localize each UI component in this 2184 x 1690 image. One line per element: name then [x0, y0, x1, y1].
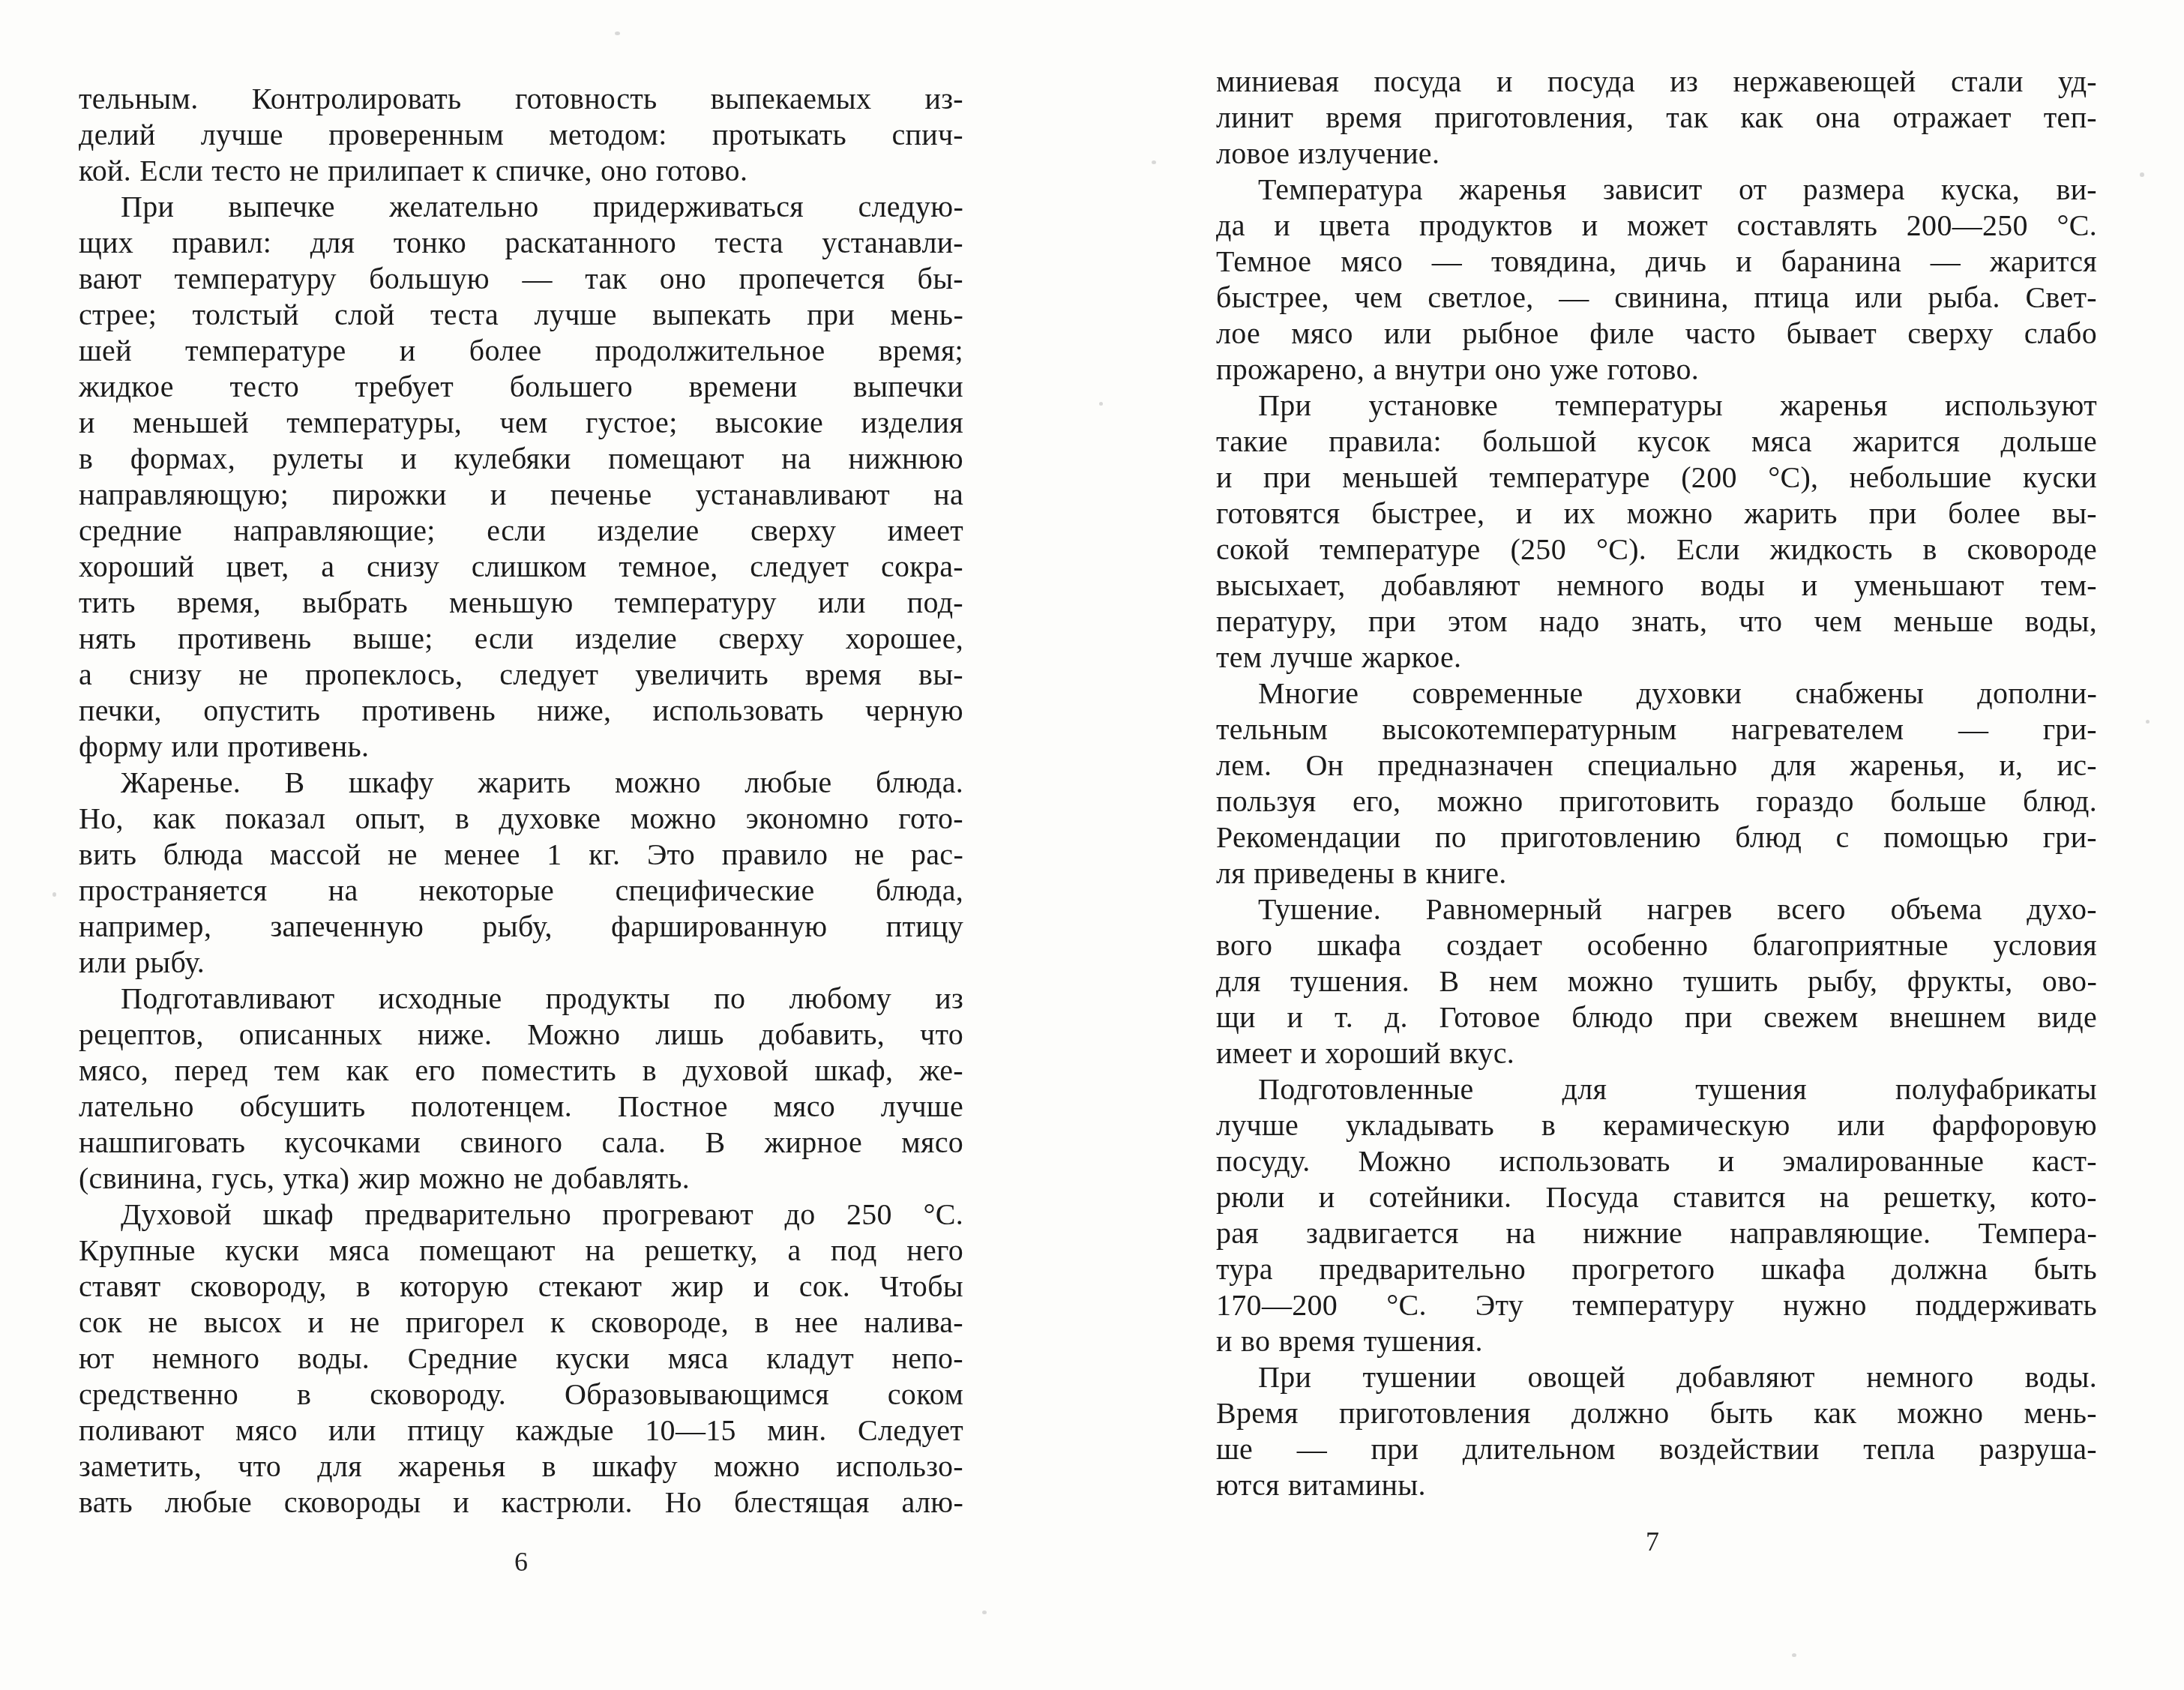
text-line: или рыбу.	[79, 945, 963, 981]
text-line: пространяется на некоторые специфические…	[79, 873, 963, 909]
text-line: вить блюда массой не менее 1 кг. Это пра…	[79, 837, 963, 873]
page-left: тельным. Контролировать готовность выпек…	[0, 0, 1092, 1690]
text-line: миниевая посуда и посуда из нержавеющей …	[1216, 64, 2097, 100]
text-line: жидкое тесто требует большего времени вы…	[79, 369, 963, 405]
text-line: а снизу не пропеклось, следует увеличить…	[79, 657, 963, 693]
text-line: щих правил: для тонко раскатанного теста…	[79, 225, 963, 261]
text-line: и при меньшей температуре (200 °С), небо…	[1216, 460, 2097, 496]
text-line: тура предварительно прогретого шкафа дол…	[1216, 1251, 2097, 1287]
text-line: лое мясо или рыбное филе часто бывает св…	[1216, 316, 2097, 352]
text-line: да и цвета продуктов и может составлять …	[1216, 208, 2097, 244]
page-left-number: 6	[446, 1546, 596, 1578]
text-line: Время приготовления должно быть как можн…	[1216, 1395, 2097, 1431]
text-line: Температура жаренья зависит от размера к…	[1216, 172, 2097, 208]
text-line: вого шкафа создает особенно благоприятны…	[1216, 927, 2097, 963]
text-line: пературу, при этом надо знать, что чем м…	[1216, 604, 2097, 640]
text-line: форму или противень.	[79, 729, 963, 765]
text-line: заметить, что для жаренья в шкафу можно …	[79, 1449, 963, 1485]
text-line: в формах, рулеты и кулебяки помещают на …	[79, 441, 963, 477]
text-line: тельным. Контролировать готовность выпек…	[79, 81, 963, 117]
text-line: ля приведены в книге.	[1216, 855, 2097, 891]
text-line: лательно обсушить полотенцем. Постное мя…	[79, 1089, 963, 1125]
text-line: щи и т. д. Готовое блюдо при свежем внеш…	[1216, 999, 2097, 1035]
text-line: тем лучше жаркое.	[1216, 640, 2097, 676]
text-line: поливают мясо или птицу каждые 10—15 мин…	[79, 1413, 963, 1449]
text-line: рюли и сотейники. Посуда ставится на реш…	[1216, 1179, 2097, 1215]
scan-speck	[1792, 1653, 1796, 1657]
text-line: тельным высокотемпературным нагревателем…	[1216, 712, 2097, 748]
text-line: Но, как показал опыт, в духовке можно эк…	[79, 801, 963, 837]
text-line: высыхает, добавляют немного воды и умень…	[1216, 568, 2097, 604]
text-line: стрее; толстый слой теста лучше выпекать…	[79, 297, 963, 333]
text-line: (свинина, гусь, утка) жир можно не добав…	[79, 1161, 963, 1197]
text-line: Многие современные духовки снабжены допо…	[1216, 676, 2097, 712]
scan-speck	[1099, 402, 1103, 406]
text-line: например, запеченную рыбу, фаршированную…	[79, 909, 963, 945]
text-line: ше — при длительном воздействии тепла ра…	[1216, 1431, 2097, 1467]
text-line: вать любые сковороды и кастрюли. Но блес…	[79, 1485, 963, 1521]
text-line: вают температуру большую — так оно пропе…	[79, 261, 963, 297]
text-line: ловое излучение.	[1216, 136, 2097, 172]
page-left-text-block: тельным. Контролировать готовность выпек…	[79, 81, 963, 1521]
text-line: такие правила: большой кусок мяса жаритс…	[1216, 424, 2097, 460]
scan-speck	[982, 1611, 987, 1614]
text-line: При выпечке желательно придерживаться сл…	[79, 189, 963, 225]
text-line: ют немного воды. Средние куски мяса клад…	[79, 1341, 963, 1377]
text-line: Рекомендации по приготовлению блюд с пом…	[1216, 820, 2097, 855]
text-line: и меньшей температуры, чем густое; высок…	[79, 405, 963, 441]
text-line: Темное мясо — товядина, дичь и баранина …	[1216, 244, 2097, 280]
text-line: мясо, перед тем как его поместить в духо…	[79, 1053, 963, 1089]
text-line: При установке температуры жаренья исполь…	[1216, 388, 2097, 424]
text-line: и во время тушения.	[1216, 1323, 2097, 1359]
text-line: 170—200 °С. Эту температуру нужно поддер…	[1216, 1287, 2097, 1323]
scanned-book-spread: { "document": { "type": "scanned book sp…	[0, 0, 2184, 1690]
scan-speck	[2140, 172, 2144, 177]
text-line: печки, опустить противень ниже, использо…	[79, 693, 963, 729]
text-line: Крупные куски мяса помещают на решетку, …	[79, 1233, 963, 1269]
text-line: Тушение. Равномерный нагрев всего объема…	[1216, 891, 2097, 927]
text-line: для тушения. В нем можно тушить рыбу, фр…	[1216, 963, 2097, 999]
text-line: ются витамины.	[1216, 1467, 2097, 1503]
text-line: сок не высох и не пригорел к сковороде, …	[79, 1305, 963, 1341]
text-line: имеет и хороший вкус.	[1216, 1035, 2097, 1071]
text-line: лем. Он предназначен специально для жаре…	[1216, 748, 2097, 784]
text-line: хороший цвет, а снизу слишком темное, сл…	[79, 549, 963, 585]
scan-speck	[1152, 160, 1156, 164]
text-line: нять противень выше; если изделие сверху…	[79, 621, 963, 657]
text-line: ставят сковороду, в которую стекают жир …	[79, 1269, 963, 1305]
text-line: сокой температуре (250 °С). Если жидкост…	[1216, 532, 2097, 568]
scan-speck	[52, 892, 56, 897]
text-line: тить время, выбрать меньшую температуру …	[79, 585, 963, 621]
text-line: При тушении овощей добавляют немного вод…	[1216, 1359, 2097, 1395]
scan-speck	[2146, 720, 2150, 724]
text-line: шей температуре и более продолжительное …	[79, 333, 963, 369]
text-line: средние направляющие; если изделие сверх…	[79, 513, 963, 549]
text-line: посуду. Можно использовать и эмалированн…	[1216, 1143, 2097, 1179]
scan-speck	[615, 31, 620, 35]
text-line: Духовой шкаф предварительно прогревают д…	[79, 1197, 963, 1233]
text-line: пользуя его, можно приготовить гораздо б…	[1216, 784, 2097, 820]
page-right-number: 7	[1577, 1526, 1727, 1557]
text-line: рая задвигается на нижние направляющие. …	[1216, 1215, 2097, 1251]
text-line: Подготавливают исходные продукты по любо…	[79, 981, 963, 1017]
text-line: лучше укладывать в керамическую или фарф…	[1216, 1107, 2097, 1143]
text-line: прожарено, а внутри оно уже готово.	[1216, 352, 2097, 388]
text-line: Жаренье. В шкафу жарить можно любые блюд…	[79, 765, 963, 801]
text-line: направляющую; пирожки и печенье устанавл…	[79, 477, 963, 513]
text-line: делий лучше проверенным методом: протыка…	[79, 117, 963, 153]
page-right-text-block: миниевая посуда и посуда из нержавеющей …	[1216, 64, 2097, 1503]
text-line: быстрее, чем светлое, — свинина, птица и…	[1216, 280, 2097, 316]
text-line: кой. Если тесто не прилипает к спичке, о…	[79, 153, 963, 189]
text-line: нашпиговать кусочками свиного сала. В жи…	[79, 1125, 963, 1161]
text-line: линит время приготовления, так как она о…	[1216, 100, 2097, 136]
page-right: миниевая посуда и посуда из нержавеющей …	[1092, 0, 2184, 1690]
text-line: средственно в сковороду. Образовывающимс…	[79, 1377, 963, 1413]
text-line: рецептов, описанных ниже. Можно лишь доб…	[79, 1017, 963, 1053]
text-line: готовятся быстрее, и их можно жарить при…	[1216, 496, 2097, 532]
text-line: Подготовленные для тушения полуфабрикаты	[1216, 1071, 2097, 1107]
